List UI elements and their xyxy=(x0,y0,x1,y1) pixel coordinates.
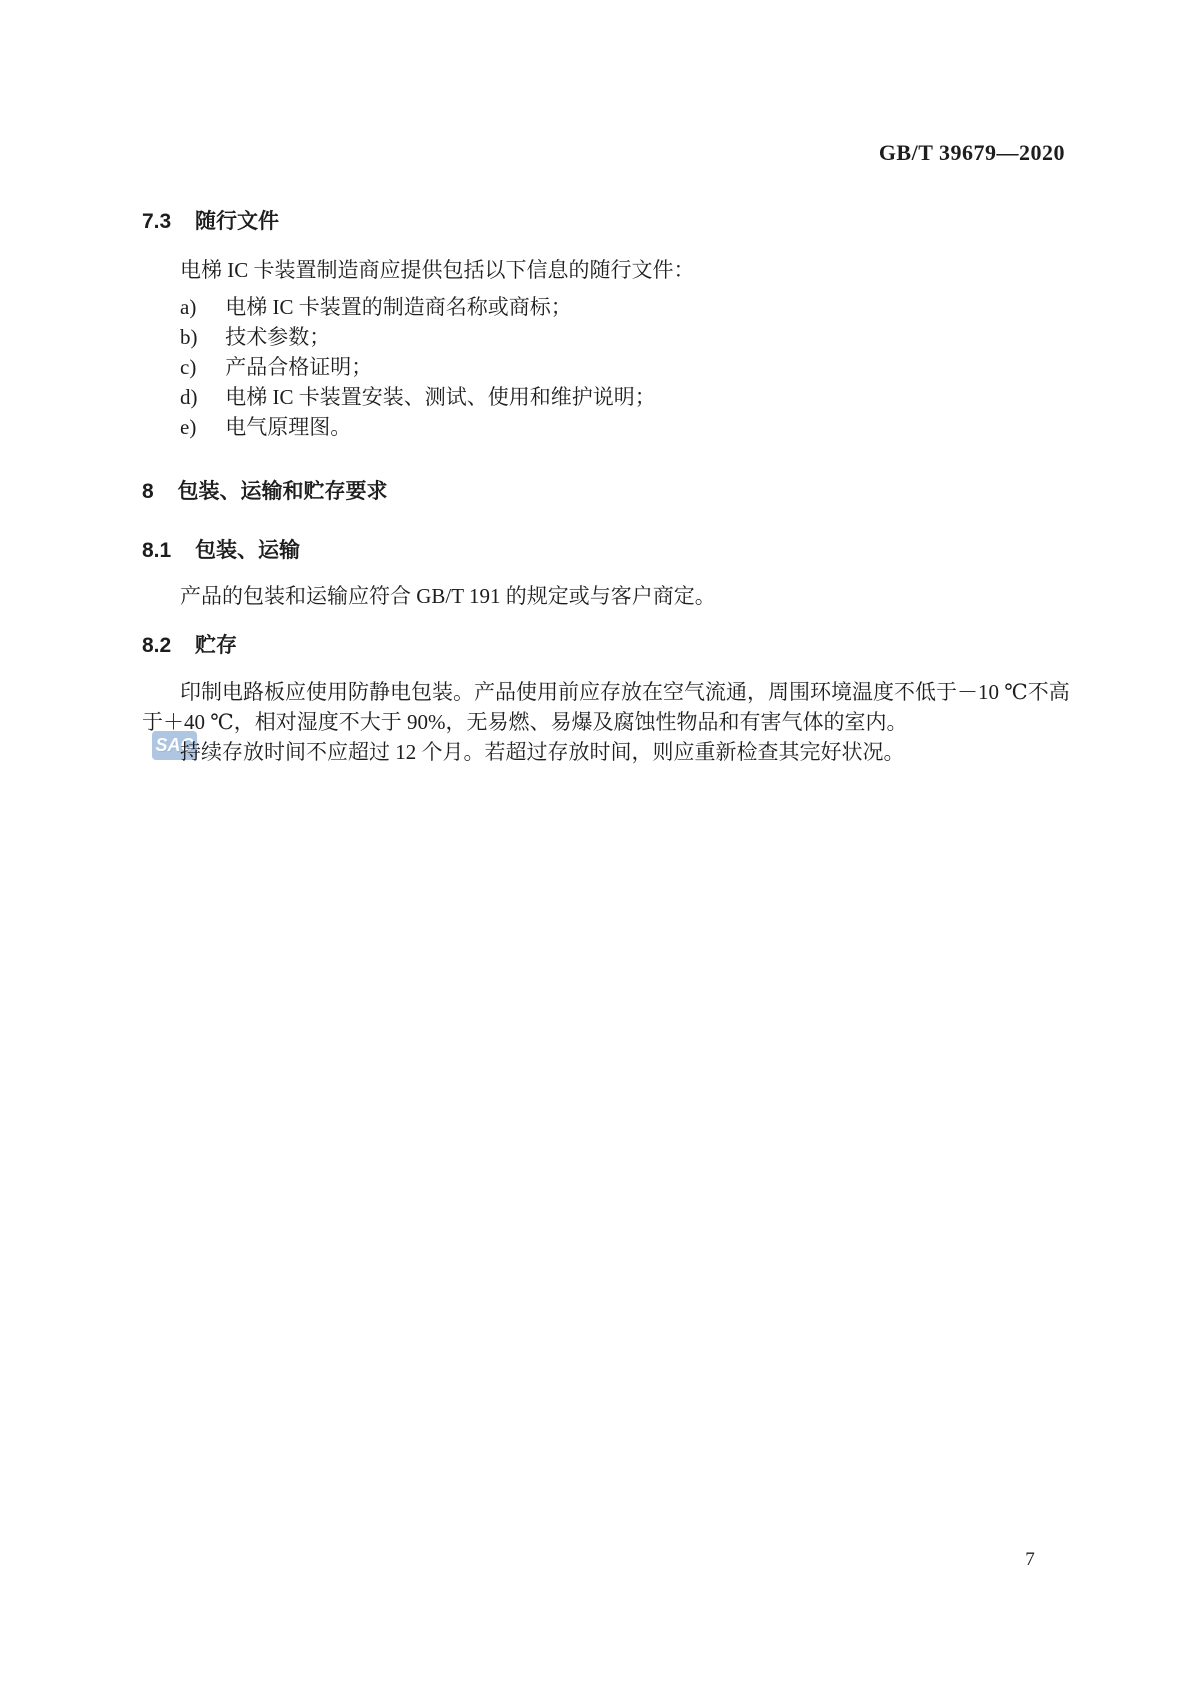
list-item-b: b) 技术参数； xyxy=(180,325,330,349)
clause-8-2-paragraph-1-line-1: 印制电路板应使用防静电包装。产品使用前应存放在空气流通，周围环境温度不低于－10… xyxy=(180,680,1070,704)
list-item-a: a) 电梯 IC 卡装置的制造商名称或商标； xyxy=(180,295,572,319)
list-item-d: d) 电梯 IC 卡装置安装、测试、使用和维护说明； xyxy=(180,385,656,409)
page-number: 7 xyxy=(1018,1549,1042,1571)
list-item-c-label: c) xyxy=(180,355,220,379)
clause-8-number: 8 xyxy=(142,480,154,504)
list-item-a-text: 电梯 IC 卡装置的制造商名称或商标； xyxy=(225,295,572,319)
clause-8-2-heading: 8.2 贮存 xyxy=(142,634,237,658)
clause-8-2-paragraph-2: 持续存放时间不应超过 12 个月。若超过存放时间，则应重新检查其完好状况。 xyxy=(180,740,905,764)
list-item-a-label: a) xyxy=(180,295,220,319)
clause-8-heading: 8 包装、运输和贮存要求 xyxy=(142,480,388,504)
clause-7-3-title: 随行文件 xyxy=(195,210,279,233)
list-item-d-text: 电梯 IC 卡装置安装、测试、使用和维护说明； xyxy=(225,385,656,409)
clause-8-2-paragraph-1-line-2: 于＋40 ℃，相对湿度不大于 90%，无易燃、易爆及腐蚀性物品和有害气体的室内。 xyxy=(142,710,907,734)
clause-8-1-number: 8.1 xyxy=(142,539,171,563)
list-item-c: c) 产品合格证明； xyxy=(180,355,372,379)
standard-number-header: GB/T 39679—2020 xyxy=(879,141,1065,165)
clause-7-3-heading: 7.3 随行文件 xyxy=(142,210,279,234)
list-item-b-text: 技术参数； xyxy=(225,325,330,349)
list-item-e: e) 电气原理图。 xyxy=(180,415,351,439)
clause-7-3-intro: 电梯 IC 卡装置制造商应提供包括以下信息的随行文件： xyxy=(180,258,695,282)
clause-7-3-number: 7.3 xyxy=(142,210,171,234)
list-item-c-text: 产品合格证明； xyxy=(225,355,372,379)
list-item-e-label: e) xyxy=(180,415,220,439)
list-item-e-text: 电气原理图。 xyxy=(225,415,351,439)
clause-8-2-number: 8.2 xyxy=(142,634,171,658)
clause-8-1-heading: 8.1 包装、运输 xyxy=(142,539,300,563)
clause-8-1-title: 包装、运输 xyxy=(195,539,300,562)
list-item-b-label: b) xyxy=(180,325,220,349)
clause-8-title: 包装、运输和贮存要求 xyxy=(178,480,388,503)
clause-8-2-title: 贮存 xyxy=(195,634,237,657)
clause-8-1-paragraph: 产品的包装和运输应符合 GB/T 191 的规定或与客户商定。 xyxy=(180,584,716,608)
list-item-d-label: d) xyxy=(180,385,220,409)
document-page: SAC GB/T 39679—2020 7.3 随行文件 电梯 IC 卡装置制造… xyxy=(0,0,1191,1684)
